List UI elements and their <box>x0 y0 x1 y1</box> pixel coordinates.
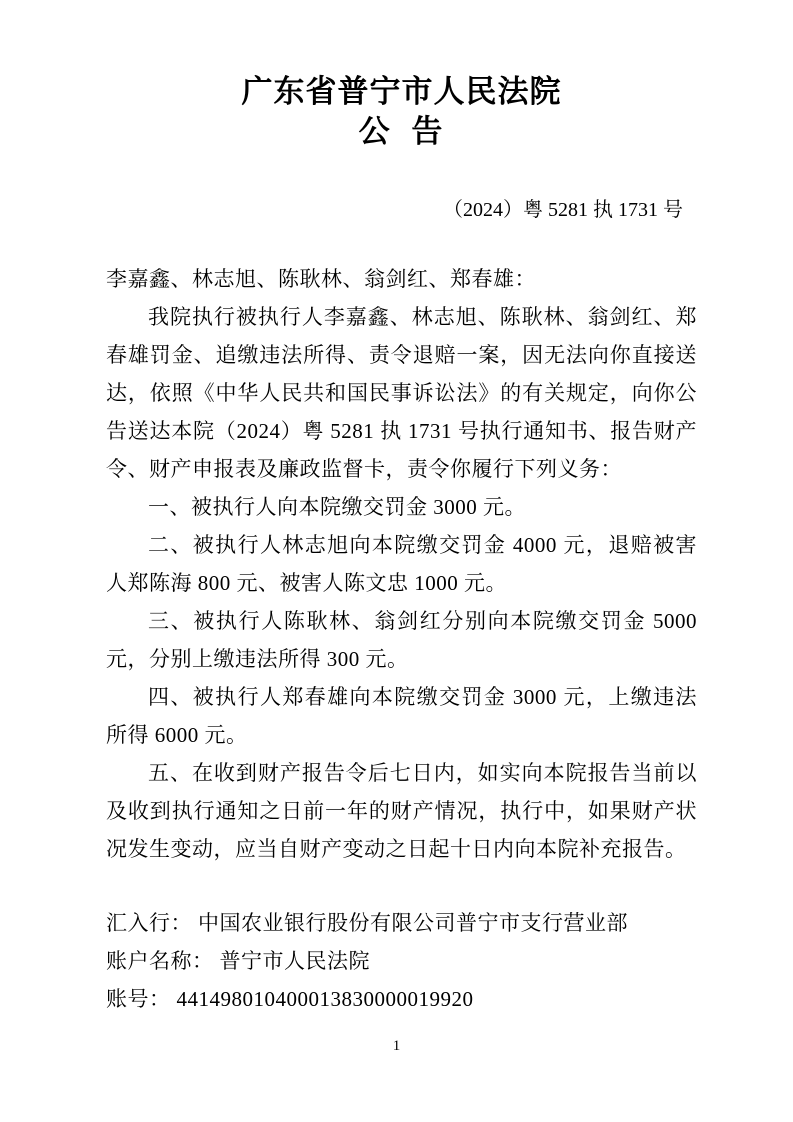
body-paragraph-item-2: 二、被执行人林志旭向本院缴交罚金 4000 元，退赔被害人郑陈海 800 元、被… <box>106 526 697 602</box>
body-paragraph-item-5: 五、在收到财产报告令后七日内，如实向本院报告当前以及收到执行通知之日前一年的财产… <box>106 754 697 868</box>
case-number-row: （2024）粤 5281 执 1731 号 <box>106 196 697 224</box>
page-number: 1 <box>0 1036 793 1056</box>
announcement-page: 广东省普宁市人民法院 公 告 （2024）粤 5281 执 1731 号 李嘉鑫… <box>0 0 793 1122</box>
court-name-heading: 广东省普宁市人民法院 <box>106 72 697 112</box>
case-number: （2024）粤 5281 执 1731 号 <box>443 199 683 221</box>
page-content: 广东省普宁市人民法院 公 告 （2024）粤 5281 执 1731 号 李嘉鑫… <box>0 0 793 1018</box>
remit-bank-line: 汇入行：中国农业银行股份有限公司普宁市支行营业部 <box>106 904 697 942</box>
remit-bank-label: 汇入行： <box>106 911 192 935</box>
announcement-title: 公 告 <box>106 112 697 152</box>
account-name-value: 普宁市人民法院 <box>220 949 371 973</box>
bank-details: 汇入行：中国农业银行股份有限公司普宁市支行营业部 账户名称：普宁市人民法院 账号… <box>106 904 697 1018</box>
body-paragraph-item-4: 四、被执行人郑春雄向本院缴交罚金 3000 元，上缴违法所得 6000 元。 <box>106 678 697 754</box>
account-number-line: 账号：441498010400013830000019920 <box>106 980 697 1018</box>
remit-bank-value: 中国农业银行股份有限公司普宁市支行营业部 <box>198 911 628 935</box>
announcement-body: 李嘉鑫、林志旭、陈耿林、翁剑红、郑春雄： 我院执行被执行人李嘉鑫、林志旭、陈耿林… <box>106 260 697 868</box>
account-name-line: 账户名称：普宁市人民法院 <box>106 942 697 980</box>
body-paragraph-item-1: 一、被执行人向本院缴交罚金 3000 元。 <box>106 488 697 526</box>
addressee-line: 李嘉鑫、林志旭、陈耿林、翁剑红、郑春雄： <box>106 260 697 298</box>
account-name-label: 账户名称： <box>106 949 214 973</box>
body-paragraph-item-3: 三、被执行人陈耿林、翁剑红分别向本院缴交罚金 5000 元，分别上缴违法所得 3… <box>106 602 697 678</box>
account-number-label: 账号： <box>106 987 171 1011</box>
body-paragraph-intro: 我院执行被执行人李嘉鑫、林志旭、陈耿林、翁剑红、郑春雄罚金、追缴违法所得、责令退… <box>106 298 697 488</box>
account-number-value: 441498010400013830000019920 <box>177 987 474 1011</box>
